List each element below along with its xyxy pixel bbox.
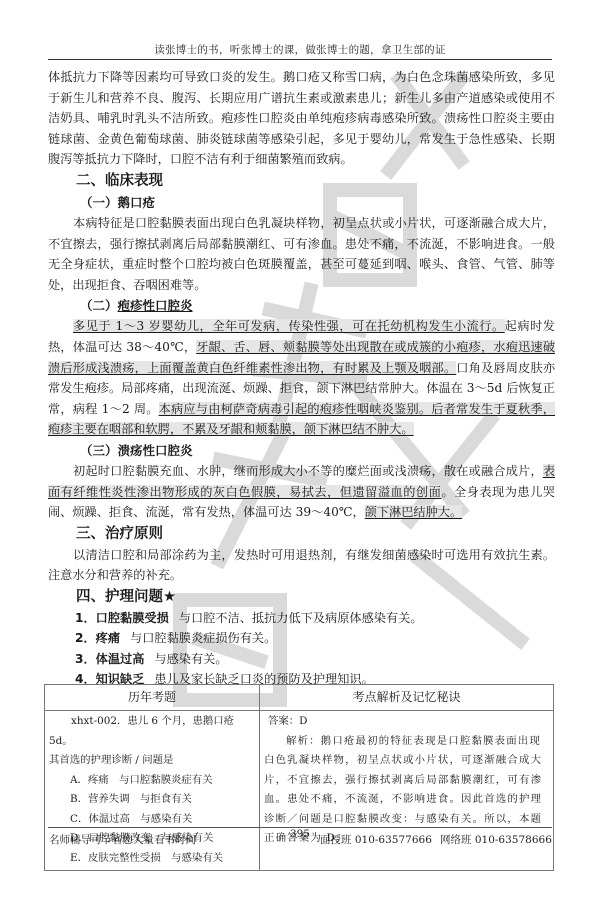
treatment-paragraph: 以清洁口腔和局部涂药为主，发热时可用退热剂，有继发细菌感染时可选用有效抗生素。注… xyxy=(48,545,555,586)
footer-tagline: 名师辅导可节省您大量看书时间 xyxy=(49,832,196,847)
option-e: E．皮肤完整性受损 与感染有关 xyxy=(49,849,255,869)
herpetic-paragraph: 多见于 1～3 岁婴幼儿，全年可发病，传染性强，可在托幼机构发生小流行。起病时发… xyxy=(48,316,555,440)
nursing-item: 2．疼痛与口腔黏膜炎症损伤有关。 xyxy=(48,628,555,649)
page-number: 395 xyxy=(290,828,310,840)
footer-contact-online: 网络班 010-63578666 xyxy=(440,832,552,847)
main-content: 体抵抗力下降等因素均可导致口炎的发生。鹅口疮又称雪口病，为白色念珠菌感染所致，多… xyxy=(48,67,555,690)
nursing-item-text: 与感染有关。 xyxy=(154,652,227,666)
footer-contact-inperson: 面授班 010-63577666 xyxy=(320,832,432,847)
body-text: 初起时口腔黏膜充血、水肿，继而形成大小不等的糜烂面或浅溃疡，散在或融合成片， xyxy=(73,464,543,478)
subheading-thrush: （一）鹅口疮 xyxy=(48,192,555,213)
nursing-item-key: 口腔黏膜受损 xyxy=(96,611,169,625)
subheading-herpetic-title: 疱疹性口腔炎 xyxy=(118,298,193,313)
nursing-item: 1．口腔黏膜受损与口腔不洁、抵抗力低下及病原体感染有关。 xyxy=(48,608,555,629)
nursing-item-text: 与口腔黏膜炎症损伤有关。 xyxy=(130,631,276,645)
answer-line: 答案：D xyxy=(264,712,549,732)
nursing-item-text: 与口腔不洁、抵抗力低下及病原体感染有关。 xyxy=(179,611,423,625)
section-heading-treatment: 三、治疗原则 xyxy=(48,523,555,545)
subheading-ulcerative: （三）溃疡性口腔炎 xyxy=(48,440,555,461)
nursing-item-key: 体温过高 xyxy=(96,652,145,666)
highlighted-text: 多见于 1～3 岁婴幼儿，全年可发病，传染性强，可在托幼机构发生小流行。 xyxy=(73,319,505,333)
subheading-herpetic: （二）疱疹性口腔炎 xyxy=(48,295,555,316)
option-b: B．营养失调 与拒食有关 xyxy=(49,790,255,810)
option-a: A．疼痛 与口腔黏膜炎症有关 xyxy=(49,771,255,791)
intro-paragraph: 体抵抗力下降等因素均可导致口炎的发生。鹅口疮又称雪口病，为白色念珠菌感染所致，多… xyxy=(48,67,555,170)
nursing-item: 3．体温过高与感染有关。 xyxy=(48,649,555,670)
section-heading-nursing: 四、护理问题★ xyxy=(48,586,555,608)
table-header-analysis: 考点解析及记忆秘诀 xyxy=(260,685,554,711)
nursing-item-key: 疼痛 xyxy=(96,631,120,645)
highlighted-text: 颌下淋巴结肿大。 xyxy=(365,505,463,519)
page-header-slogan: 读张博士的书，听张博士的课，做张博士的题，拿卫生部的证 xyxy=(48,42,552,57)
header-divider xyxy=(48,59,552,60)
section-heading-clinical: 二、临床表现 xyxy=(48,170,555,192)
ulcerative-paragraph: 初起时口腔黏膜充血、水肿，继而形成大小不等的糜烂面或浅溃疡，散在或融合成片，表面… xyxy=(48,461,555,523)
document-page: 读张博士的书，听张博士的课，做张博士的题，拿卫生部的证 体抵抗力下降等因素均可导… xyxy=(0,0,600,912)
question-stem: xhxt-002．患儿 6 个月，患鹅口疮 5d。 xyxy=(49,712,255,751)
subheading-prefix: （二） xyxy=(80,298,118,313)
table-header-past-questions: 历年考题 xyxy=(45,685,260,711)
thrush-paragraph: 本病特征是口腔黏膜表面出现白色乳凝块样物，初呈点状或小片状，可逐渐融合成大片，不… xyxy=(48,213,555,295)
question-prompt: 其首选的护理诊断 / 问题是 xyxy=(49,751,255,771)
